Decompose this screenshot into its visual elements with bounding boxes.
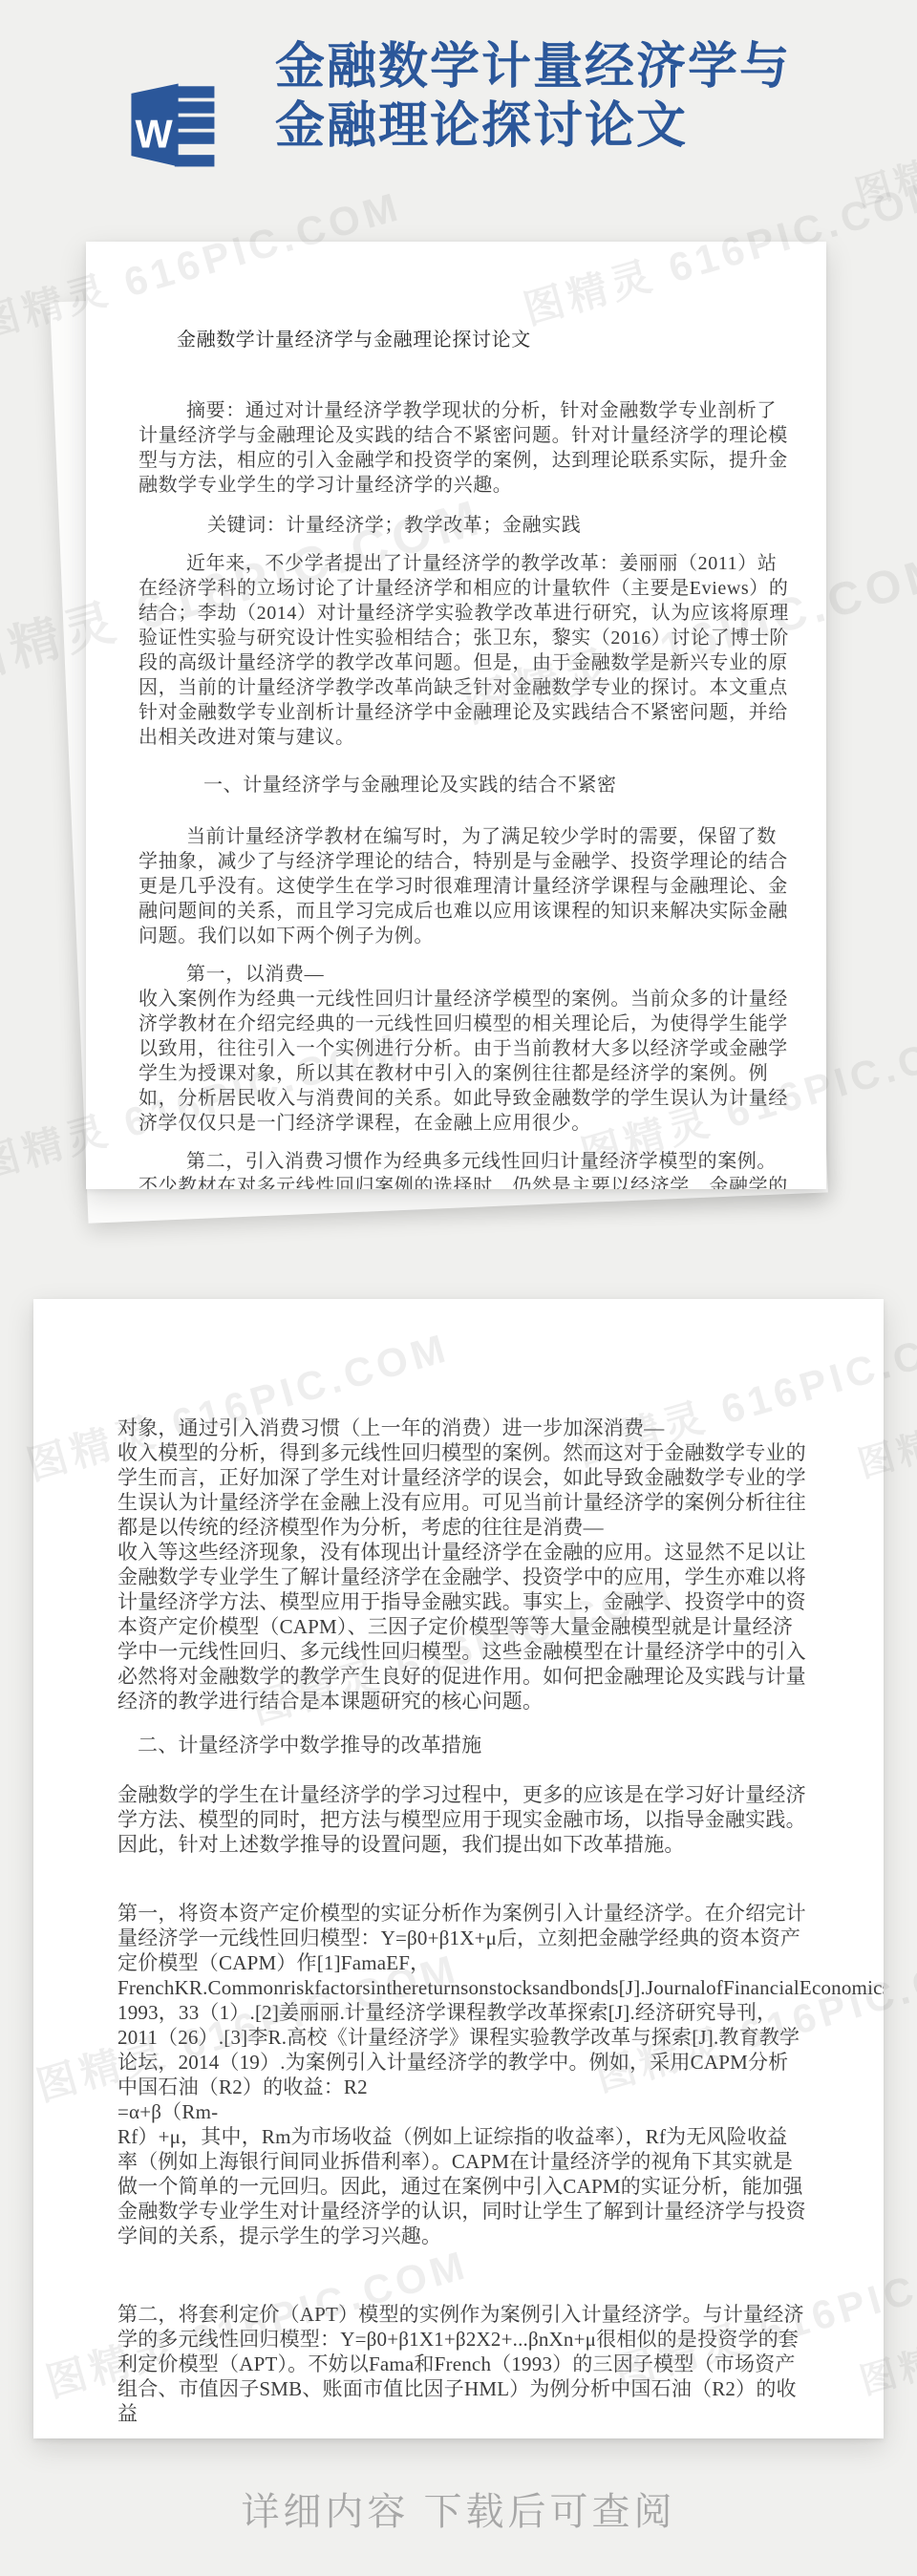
body-paragraph: 对象，通过引入消费习惯（上一年的消费）进一步加深消费— 收入模型的分析，得到多元… bbox=[117, 1416, 807, 1714]
body-paragraph: 第二，引入消费习惯作为经典多元线性回归计量经济学模型的案例。不少教材在对多元线性… bbox=[139, 1149, 793, 1189]
page-title: 金融数学计量经济学与 金融理论探讨论文 bbox=[275, 38, 791, 157]
body-paragraph: 金融数学的学生在计量经济学的学习过程中，更多的应该是在学习好计量经济学方法、模型… bbox=[117, 1782, 807, 1857]
word-icon: W bbox=[122, 76, 222, 172]
abstract-paragraph: 摘要：通过对计量经济学教学现状的分析，针对金融数学专业剖析了计量经济学与金融理论… bbox=[139, 398, 793, 498]
body-paragraph: 当前计量经济学教材在编写时，为了满足较少学时的需要，保留了数学抽象，减少了与经济… bbox=[139, 824, 793, 948]
section-heading-1: 一、计量经济学与金融理论及实践的结合不紧密 bbox=[139, 773, 793, 798]
body-paragraph: 第一，将资本资产定价模型的实证分析作为案例引入计量经济学。在介绍完计量经济学一元… bbox=[117, 1901, 807, 2248]
page-2-content: 对象，通过引入消费习惯（上一年的消费）进一步加深消费— 收入模型的分析，得到多元… bbox=[33, 1299, 884, 2438]
doc-title: 金融数学计量经济学与金融理论探讨论文 bbox=[139, 328, 793, 352]
page-title-line1: 金融数学计量经济学与 bbox=[275, 38, 791, 97]
document-preview-screen: { "header": { "title_line1": "金融数学计量经济学与… bbox=[0, 0, 917, 2576]
section-heading-2: 二、计量经济学中数学推导的改革措施 bbox=[117, 1733, 807, 1757]
page-1-content: 金融数学计量经济学与金融理论探讨论文 摘要：通过对计量经济学教学现状的分析，针对… bbox=[86, 242, 826, 1189]
keywords-paragraph: 关键词：计量经济学；教学改革；金融实践 bbox=[139, 513, 793, 538]
page-title-line2: 金融理论探讨论文 bbox=[275, 97, 791, 157]
body-paragraph: 第一，以消费— 收入案例作为经典一元线性回归计量经济学模型的案例。当前众多的计量… bbox=[139, 962, 793, 1136]
document-page-1: 金融数学计量经济学与金融理论探讨论文 摘要：通过对计量经济学教学现状的分析，针对… bbox=[86, 242, 826, 1189]
footer-note: 详细内容 下载后可查阅 bbox=[0, 2481, 917, 2536]
word-icon-doc-lines bbox=[175, 86, 215, 166]
header: W 金融数学计量经济学与 金融理论探讨论文 bbox=[0, 0, 917, 239]
body-paragraph: 近年来，不少学者提出了计量经济学的教学改革：姜丽丽（2011）站在经济学科的立场… bbox=[139, 551, 793, 750]
svg-text:W: W bbox=[135, 112, 173, 157]
document-page-2: 对象，通过引入消费习惯（上一年的消费）进一步加深消费— 收入模型的分析，得到多元… bbox=[33, 1299, 884, 2438]
body-paragraph: 第二，将套利定价（APT）模型的实例作为案例引入计量经济学。与计量经济学的多元线… bbox=[117, 2302, 807, 2426]
